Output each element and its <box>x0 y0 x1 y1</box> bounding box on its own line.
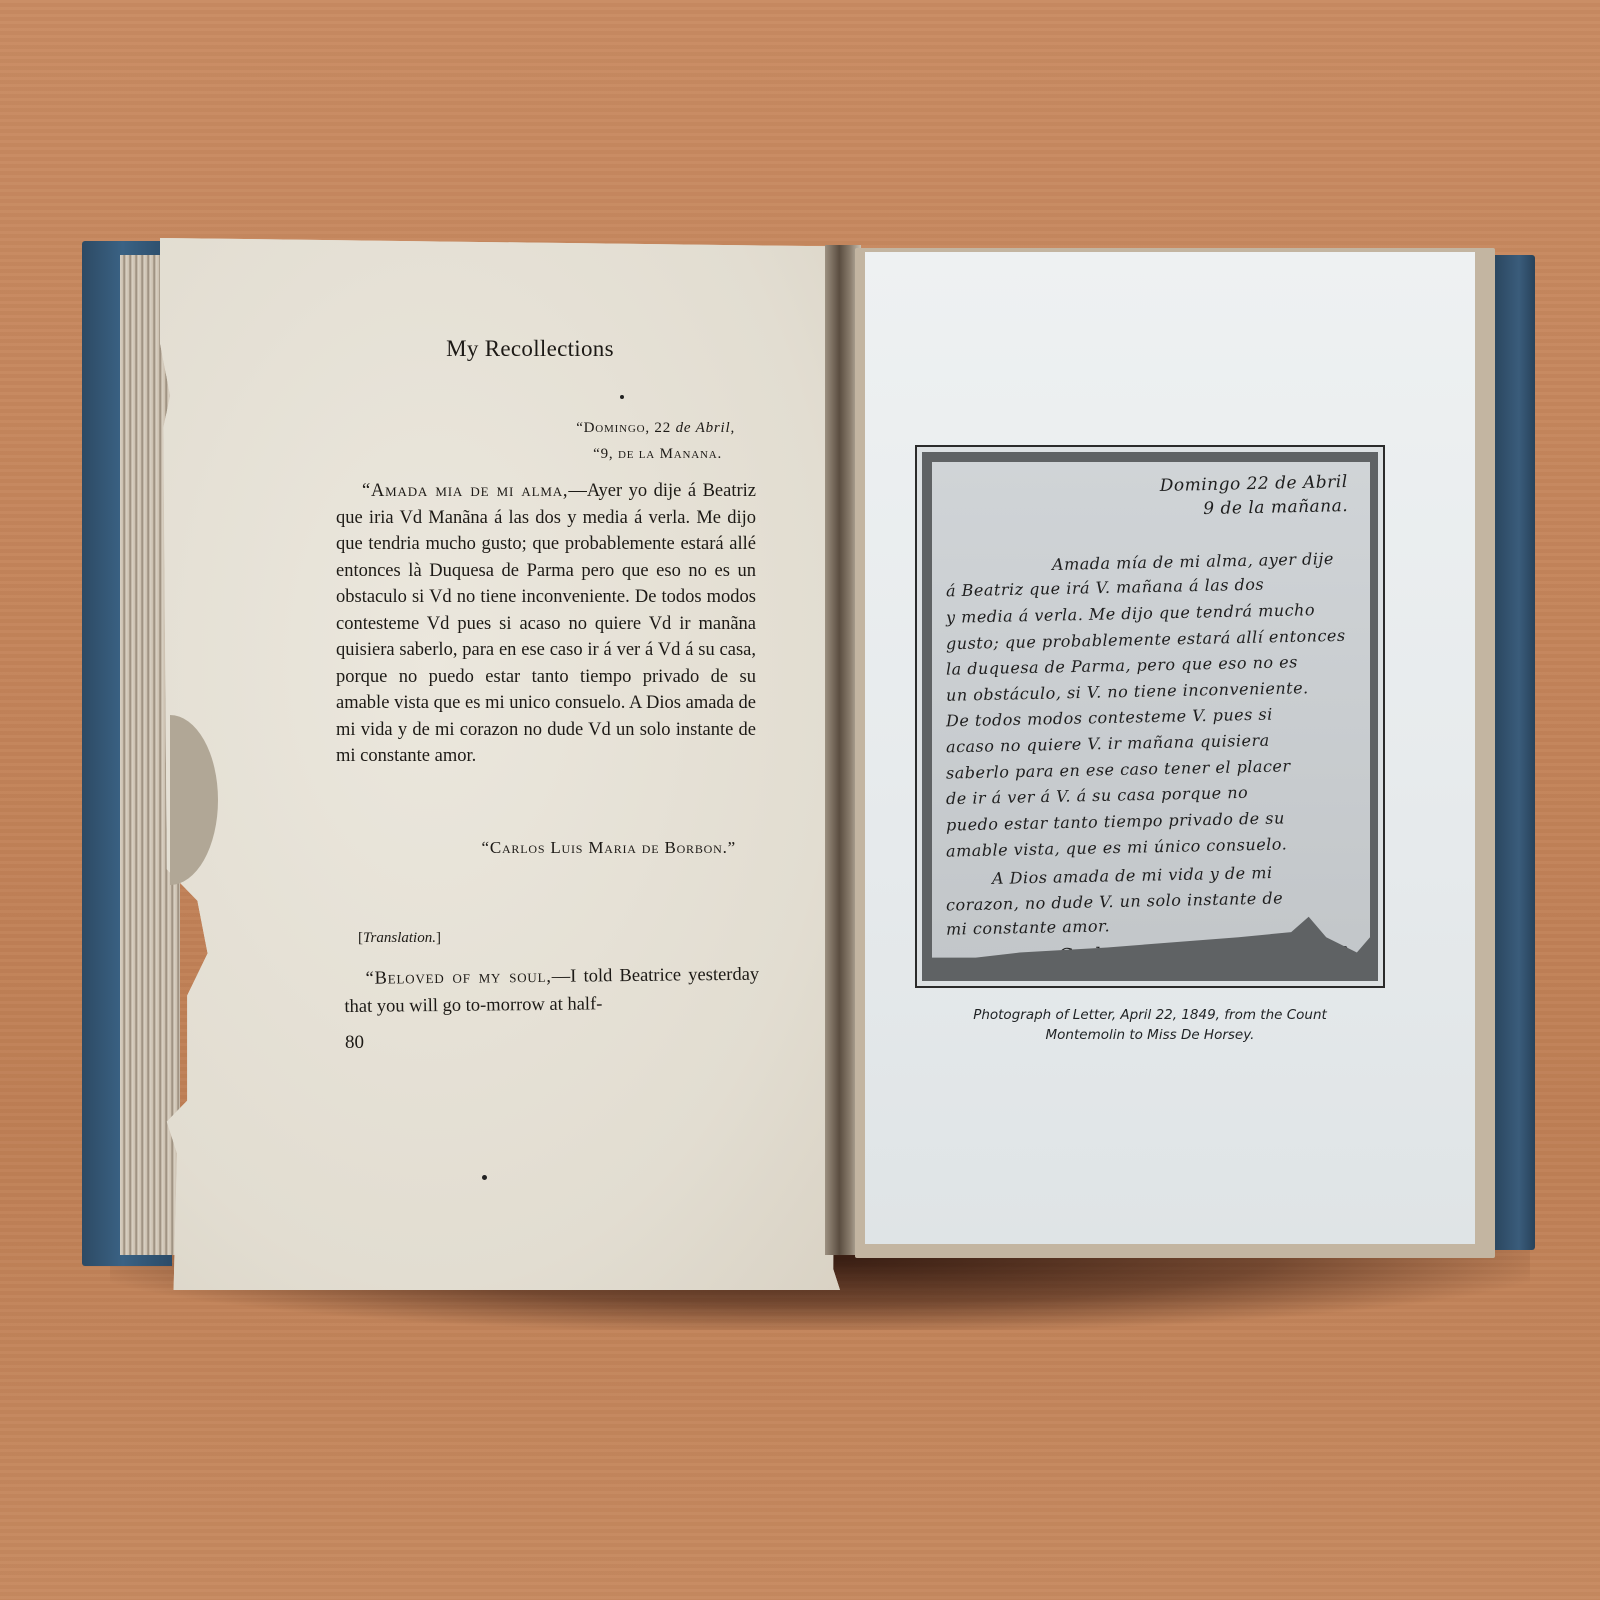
photo-caption: Photograph of Letter, April 22, 1849, fr… <box>925 1005 1375 1045</box>
running-head: My Recollections <box>160 336 900 362</box>
handwritten-date: Domingo 22 de Abril 9 de la mañana. <box>1160 470 1349 522</box>
translation-label-text: Translation. <box>363 930 436 946</box>
photo-mount: Domingo 22 de Abril 9 de la mañana. Amad… <box>922 452 1378 981</box>
handwritten-line: amable vista, que es mi único consuelo. <box>946 834 1288 860</box>
handwritten-date-line2: 9 de la mañana. <box>1160 494 1348 522</box>
translation-label: [Translation.] <box>358 930 441 947</box>
handwritten-letter: Domingo 22 de Abril 9 de la mañana. Amad… <box>932 462 1370 973</box>
dateline-time: “9, de la Manana. <box>470 446 722 463</box>
handwritten-line: corazon, no dude V. un solo instante de <box>946 888 1283 914</box>
handwritten-line: puedo estar tanto tiempo privado de su <box>946 808 1285 834</box>
handwritten-line: acaso no quiere V. ir mañana quisiera <box>946 731 1270 757</box>
handwritten-line: á Beatriz que irá V. mañana á las dos <box>946 575 1265 601</box>
page-speck <box>482 1175 487 1180</box>
letter-signature: “Carlos Luis Maria de Borbon.” <box>336 838 736 858</box>
translation-body: “Beloved of my soul,—I told Beatrice yes… <box>344 961 760 1021</box>
caption-line-2: Montemolin to Miss De Horsey. <box>925 1025 1375 1045</box>
handwritten-line: Amada mía de mi alma, ayer dije <box>1052 549 1334 574</box>
handwritten-line: de ir á ver á V. á su casa porque no <box>946 783 1249 808</box>
translation-salutation: “Beloved of my soul, <box>365 967 551 989</box>
dateline-day: “Domingo, 22 de Abril, <box>470 420 735 437</box>
caption-line-1: Photograph of Letter, April 22, 1849, fr… <box>925 1005 1375 1025</box>
handwritten-line: un obstáculo, si V. no tiene inconvenien… <box>946 678 1309 705</box>
handwritten-line: gusto; que probablemente estará allí ent… <box>946 626 1346 653</box>
letter-salutation: “Amada mia de mi alma, <box>362 481 568 501</box>
dateline-month: de Abril, <box>676 420 735 436</box>
letter-spanish-body: “Amada mia de mi alma,—Ayer yo dije á Be… <box>336 478 756 770</box>
handwritten-line: mi constante amor. <box>946 916 1110 938</box>
handwritten-line: saberlo para en ese caso tener el placer <box>946 756 1291 782</box>
page-number: 80 <box>345 1032 364 1054</box>
handwritten-line: la duquesa de Parma, pero que eso no es <box>946 652 1298 678</box>
page-mark <box>620 395 624 399</box>
handwritten-line: A Dios amada de mi vida y de mi <box>992 863 1273 888</box>
letter-photograph: Domingo 22 de Abril 9 de la mañana. Amad… <box>915 445 1385 988</box>
handwritten-signature: Carlos Luis María de Borbon <box>1058 939 1350 967</box>
handwritten-line: De todos modos contesteme V. pues si <box>946 705 1273 731</box>
handwritten-line: y media á verla. Me dijo que tendrá much… <box>946 600 1315 627</box>
book-cover-right <box>1495 255 1535 1250</box>
letter-text: —Ayer yo dije á Beatriz que iria Vd Manã… <box>336 481 756 766</box>
dateline-day-text: “Domingo, 22 <box>576 420 675 436</box>
